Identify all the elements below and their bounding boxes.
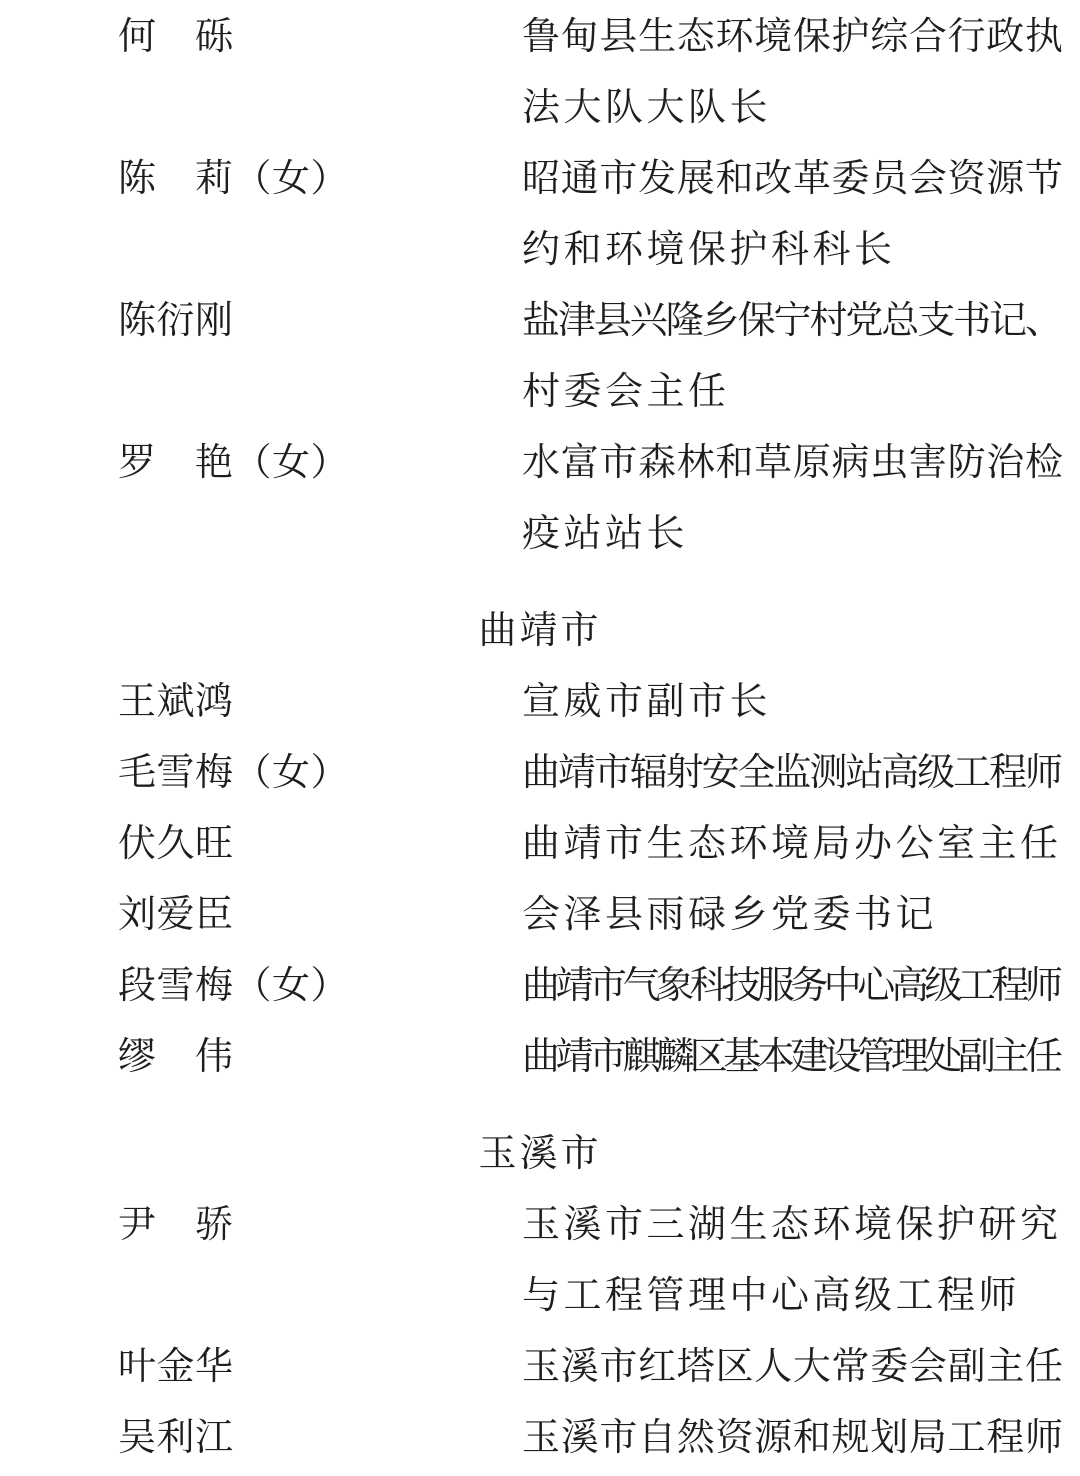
roster-entry: 陈 莉（女）昭通市发展和改革委员会资源节约和环境保护科科长 xyxy=(0,144,1080,286)
title-line: 鲁甸县生态环境保护综合行政执 xyxy=(522,2,1063,73)
person-title: 水富市森林和草原病虫害防治检疫站站长 xyxy=(522,428,1063,570)
roster-entry: 何 砾鲁甸县生态环境保护综合行政执法大队大队长 xyxy=(0,2,1080,144)
title-line: 与工程管理中心高级工程师 xyxy=(522,1261,1063,1332)
person-title: 昭通市发展和改革委员会资源节约和环境保护科科长 xyxy=(522,144,1063,286)
roster-entry: 伏久旺曲靖市生态环境局办公室主任 xyxy=(0,809,1080,880)
person-name: 叶金华 xyxy=(118,1332,234,1403)
roster-entry: 缪 伟曲靖市麒麟区基本建设管理处副主任 xyxy=(0,1022,1080,1093)
roster-entry: 毛雪梅（女）曲靖市辐射安全监测站高级工程师 xyxy=(0,738,1080,809)
person-name: 段雪梅（女） xyxy=(118,951,349,1022)
section-header: 曲靖市 xyxy=(0,596,1080,667)
title-line: 玉溪市三湖生态环境保护研究 xyxy=(522,1190,1063,1261)
title-line: 曲靖市麒麟区基本建设管理处副主任 xyxy=(522,1022,1063,1093)
title-line: 水富市森林和草原病虫害防治检 xyxy=(522,428,1063,499)
person-name: 毛雪梅（女） xyxy=(118,738,349,809)
title-line: 会泽县雨碌乡党委书记 xyxy=(522,880,1063,951)
person-name: 刘爱臣 xyxy=(118,880,234,951)
roster-entry: 叶金华玉溪市红塔区人大常委会副主任 xyxy=(0,1332,1080,1403)
person-name: 缪 伟 xyxy=(118,1022,234,1093)
title-line: 昭通市发展和改革委员会资源节 xyxy=(522,144,1063,215)
section-header-label: 玉溪市 xyxy=(478,1133,601,1175)
person-name: 尹 骄 xyxy=(118,1190,234,1261)
roster-entry: 刘爱臣会泽县雨碌乡党委书记 xyxy=(0,880,1080,951)
person-title: 曲靖市生态环境局办公室主任 xyxy=(522,809,1063,880)
person-title: 玉溪市三湖生态环境保护研究与工程管理中心高级工程师 xyxy=(522,1190,1063,1332)
person-name: 伏久旺 xyxy=(118,809,234,880)
section-header-label: 曲靖市 xyxy=(478,610,601,652)
title-line: 法大队大队长 xyxy=(522,73,1063,144)
person-name: 吴利江 xyxy=(118,1403,234,1474)
title-line: 玉溪市自然资源和规划局工程师 xyxy=(522,1403,1063,1474)
title-line: 约和环境保护科科长 xyxy=(522,215,1063,286)
person-title: 盐津县兴隆乡保宁村党总支书记、村委会主任 xyxy=(522,286,1063,428)
person-title: 曲靖市麒麟区基本建设管理处副主任 xyxy=(522,1022,1063,1093)
person-name: 陈 莉（女） xyxy=(118,144,349,215)
person-title: 玉溪市自然资源和规划局工程师 xyxy=(522,1403,1063,1474)
roster-entry: 王斌鸿宣威市副市长 xyxy=(0,667,1080,738)
title-line: 宣威市副市长 xyxy=(522,667,1063,738)
roster: 何 砾鲁甸县生态环境保护综合行政执法大队大队长陈 莉（女）昭通市发展和改革委员会… xyxy=(0,2,1080,1474)
roster-entry: 段雪梅（女）曲靖市气象科技服务中心高级工程师 xyxy=(0,951,1080,1022)
document-page: 何 砾鲁甸县生态环境保护综合行政执法大队大队长陈 莉（女）昭通市发展和改革委员会… xyxy=(0,0,1080,1476)
person-title: 曲靖市气象科技服务中心高级工程师 xyxy=(522,951,1063,1022)
roster-entry: 尹 骄玉溪市三湖生态环境保护研究与工程管理中心高级工程师 xyxy=(0,1190,1080,1332)
person-title: 鲁甸县生态环境保护综合行政执法大队大队长 xyxy=(522,2,1063,144)
title-line: 曲靖市辐射安全监测站高级工程师 xyxy=(522,738,1063,809)
person-title: 会泽县雨碌乡党委书记 xyxy=(522,880,1063,951)
person-name: 何 砾 xyxy=(118,2,234,73)
title-line: 曲靖市生态环境局办公室主任 xyxy=(522,809,1063,880)
roster-entry: 吴利江玉溪市自然资源和规划局工程师 xyxy=(0,1403,1080,1474)
person-name: 陈衍刚 xyxy=(118,286,234,357)
section-header: 玉溪市 xyxy=(0,1119,1080,1190)
person-name: 罗 艳（女） xyxy=(118,428,349,499)
person-title: 曲靖市辐射安全监测站高级工程师 xyxy=(522,738,1063,809)
title-line: 村委会主任 xyxy=(522,357,1063,428)
title-line: 曲靖市气象科技服务中心高级工程师 xyxy=(522,951,1063,1022)
title-line: 疫站站长 xyxy=(522,499,1063,570)
person-title: 玉溪市红塔区人大常委会副主任 xyxy=(522,1332,1063,1403)
title-line: 盐津县兴隆乡保宁村党总支书记、 xyxy=(522,286,1063,357)
person-name: 王斌鸿 xyxy=(118,667,234,738)
roster-entry: 陈衍刚盐津县兴隆乡保宁村党总支书记、村委会主任 xyxy=(0,286,1080,428)
roster-entry: 罗 艳（女）水富市森林和草原病虫害防治检疫站站长 xyxy=(0,428,1080,570)
person-title: 宣威市副市长 xyxy=(522,667,1063,738)
title-line: 玉溪市红塔区人大常委会副主任 xyxy=(522,1332,1063,1403)
